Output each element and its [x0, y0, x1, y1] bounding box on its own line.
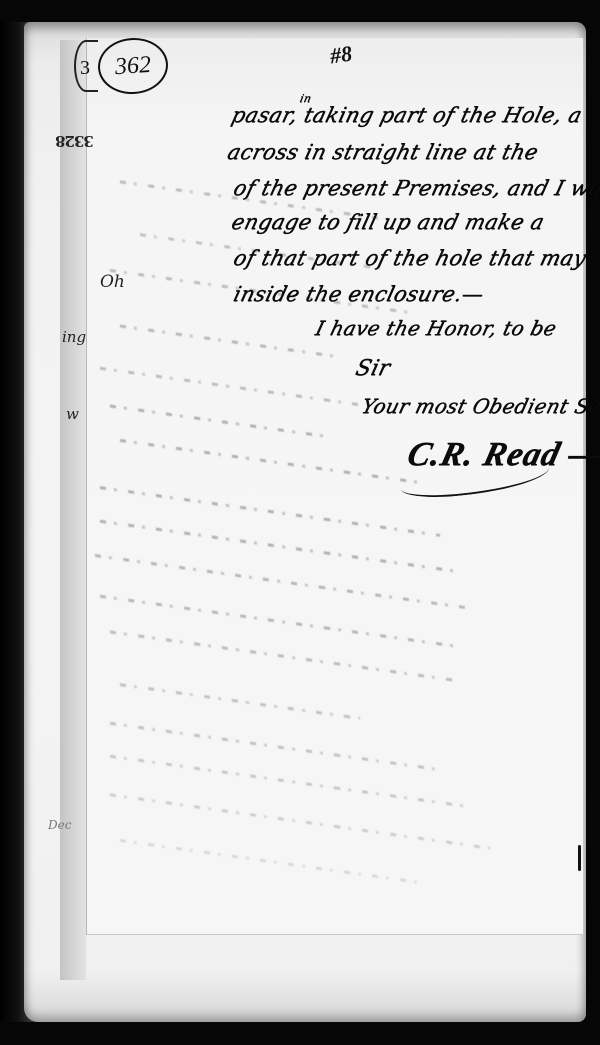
- salutation: Sir: [353, 356, 393, 381]
- folio-stub-number: 3: [74, 40, 98, 92]
- margin-fragment: 3328: [56, 132, 94, 150]
- margin-fragment: Dec: [48, 818, 71, 832]
- page-stub: [60, 40, 86, 980]
- letter-line-1: pasar, taking part of the Hole, a: [229, 103, 585, 127]
- letter-line-3: of the present Premises, and I will: [231, 176, 600, 200]
- letter-line-6: inside the enclosure.—: [231, 282, 486, 306]
- letter-line-4: engage to fill up and make a: [229, 210, 547, 234]
- margin-fragment: w: [66, 405, 79, 423]
- page-mark: #8: [328, 41, 353, 70]
- closing-line-2: Your most Obedient Se: [359, 394, 600, 418]
- edge-mark: [578, 845, 581, 871]
- margin-fragment: Oh: [100, 272, 125, 292]
- scanned-document: 3 362 #8 3328 Oh ing w Dec pasar, taking…: [0, 0, 600, 1045]
- margin-fragment: ing: [62, 328, 86, 346]
- letter-line-2: across in straight line at the: [225, 140, 541, 164]
- closing-line: I have the Honor, to be: [313, 316, 559, 340]
- letter-line-5: of that part of the hole that may: [231, 246, 589, 270]
